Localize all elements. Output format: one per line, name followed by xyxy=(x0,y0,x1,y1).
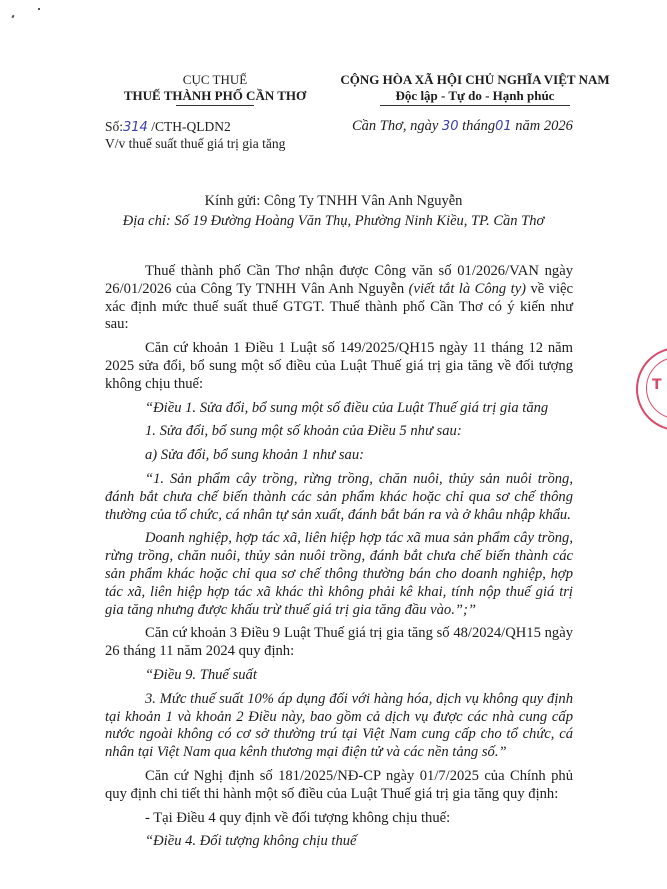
recipient-greeting: Kính gửi: Công Ty TNHH Vân Anh Nguyễn xyxy=(0,193,667,210)
paragraph-basis-2: Căn cứ khoản 3 Điều 9 Luật Thuế giá trị … xyxy=(105,625,573,661)
motto-underline xyxy=(380,105,570,106)
quote-item-1: “1. Sản phẩm cây trồng, rừng trồng, chăn… xyxy=(105,471,573,524)
quote-rate-10: 3. Mức thuế suất 10% áp dụng đối với hàn… xyxy=(105,691,573,762)
document-date: Cần Thơ, ngày 30 tháng01 năm 2026 xyxy=(352,118,573,135)
agency-underline xyxy=(176,105,254,106)
quote-enterprise: Doanh nghiệp, hợp tác xã, liên hiệp hợp … xyxy=(105,530,573,619)
date-month: 01 xyxy=(495,119,512,134)
paragraph-article-4: - Tại Điều 4 quy định về đối tượng không… xyxy=(105,810,573,828)
paragraph-basis-3: Căn cứ Nghị định số 181/2025/NĐ-CP ngày … xyxy=(105,768,573,804)
quote-article-9: “Điều 9. Thuế suất xyxy=(105,667,573,685)
agency-name: THUẾ THÀNH PHỐ CẦN THƠ xyxy=(95,88,335,104)
intro-abbrev: (viết tắt là Công ty) xyxy=(409,281,526,297)
seal-text: T xyxy=(652,377,662,393)
quote-point-a: a) Sửa đổi, bổ sung khoản 1 như sau: xyxy=(105,447,573,465)
doc-number-suffix: /CTH-QLDN2 xyxy=(148,119,231,134)
document-body: Thuế thành phố Cần Thơ nhận được Công vă… xyxy=(105,263,573,857)
quote-article-4: “Điều 4. Đối tượng không chịu thuế xyxy=(105,833,573,851)
motto-text: Độc lập - Tự do - Hạnh phúc xyxy=(396,88,555,103)
date-day: 30 xyxy=(442,119,459,134)
date-month-label: tháng xyxy=(458,118,495,134)
national-header: CỘNG HÒA XÃ HỘI CHỦ NGHĨA VIỆT NAM Độc l… xyxy=(330,72,620,106)
date-prefix: Cần Thơ, ngày xyxy=(352,118,442,134)
agency-parent: CỤC THUẾ xyxy=(95,72,335,88)
quote-clause-1: 1. Sửa đổi, bổ sung một số khoản của Điề… xyxy=(105,423,573,441)
paragraph-intro: Thuế thành phố Cần Thơ nhận được Công vă… xyxy=(105,263,573,334)
nation-title: CỘNG HÒA XÃ HỘI CHỦ NGHĨA VIỆT NAM xyxy=(330,72,620,88)
scan-artifact xyxy=(38,8,40,10)
document-subject: V/v thuế suất thuế giá trị gia tăng xyxy=(105,136,285,152)
official-seal: T xyxy=(636,347,667,431)
doc-number-handwritten: 314 xyxy=(123,120,148,135)
motto: Độc lập - Tự do - Hạnh phúc xyxy=(330,88,620,104)
quote-article-1: “Điều 1. Sửa đổi, bổ sung một số điều củ… xyxy=(105,400,573,418)
paragraph-basis-1: Căn cứ khoản 1 Điều 1 Luật số 149/2025/Q… xyxy=(105,340,573,393)
agency-header: CỤC THUẾ THUẾ THÀNH PHỐ CẦN THƠ xyxy=(95,72,335,106)
doc-number-prefix: Số: xyxy=(105,119,123,134)
date-year: năm 2026 xyxy=(512,118,573,134)
scan-artifact xyxy=(11,15,14,19)
recipient-address: Địa chỉ: Số 19 Đường Hoàng Văn Thụ, Phườ… xyxy=(0,213,667,230)
document-number: Số:314 /CTH-QLDN2 xyxy=(105,119,231,135)
